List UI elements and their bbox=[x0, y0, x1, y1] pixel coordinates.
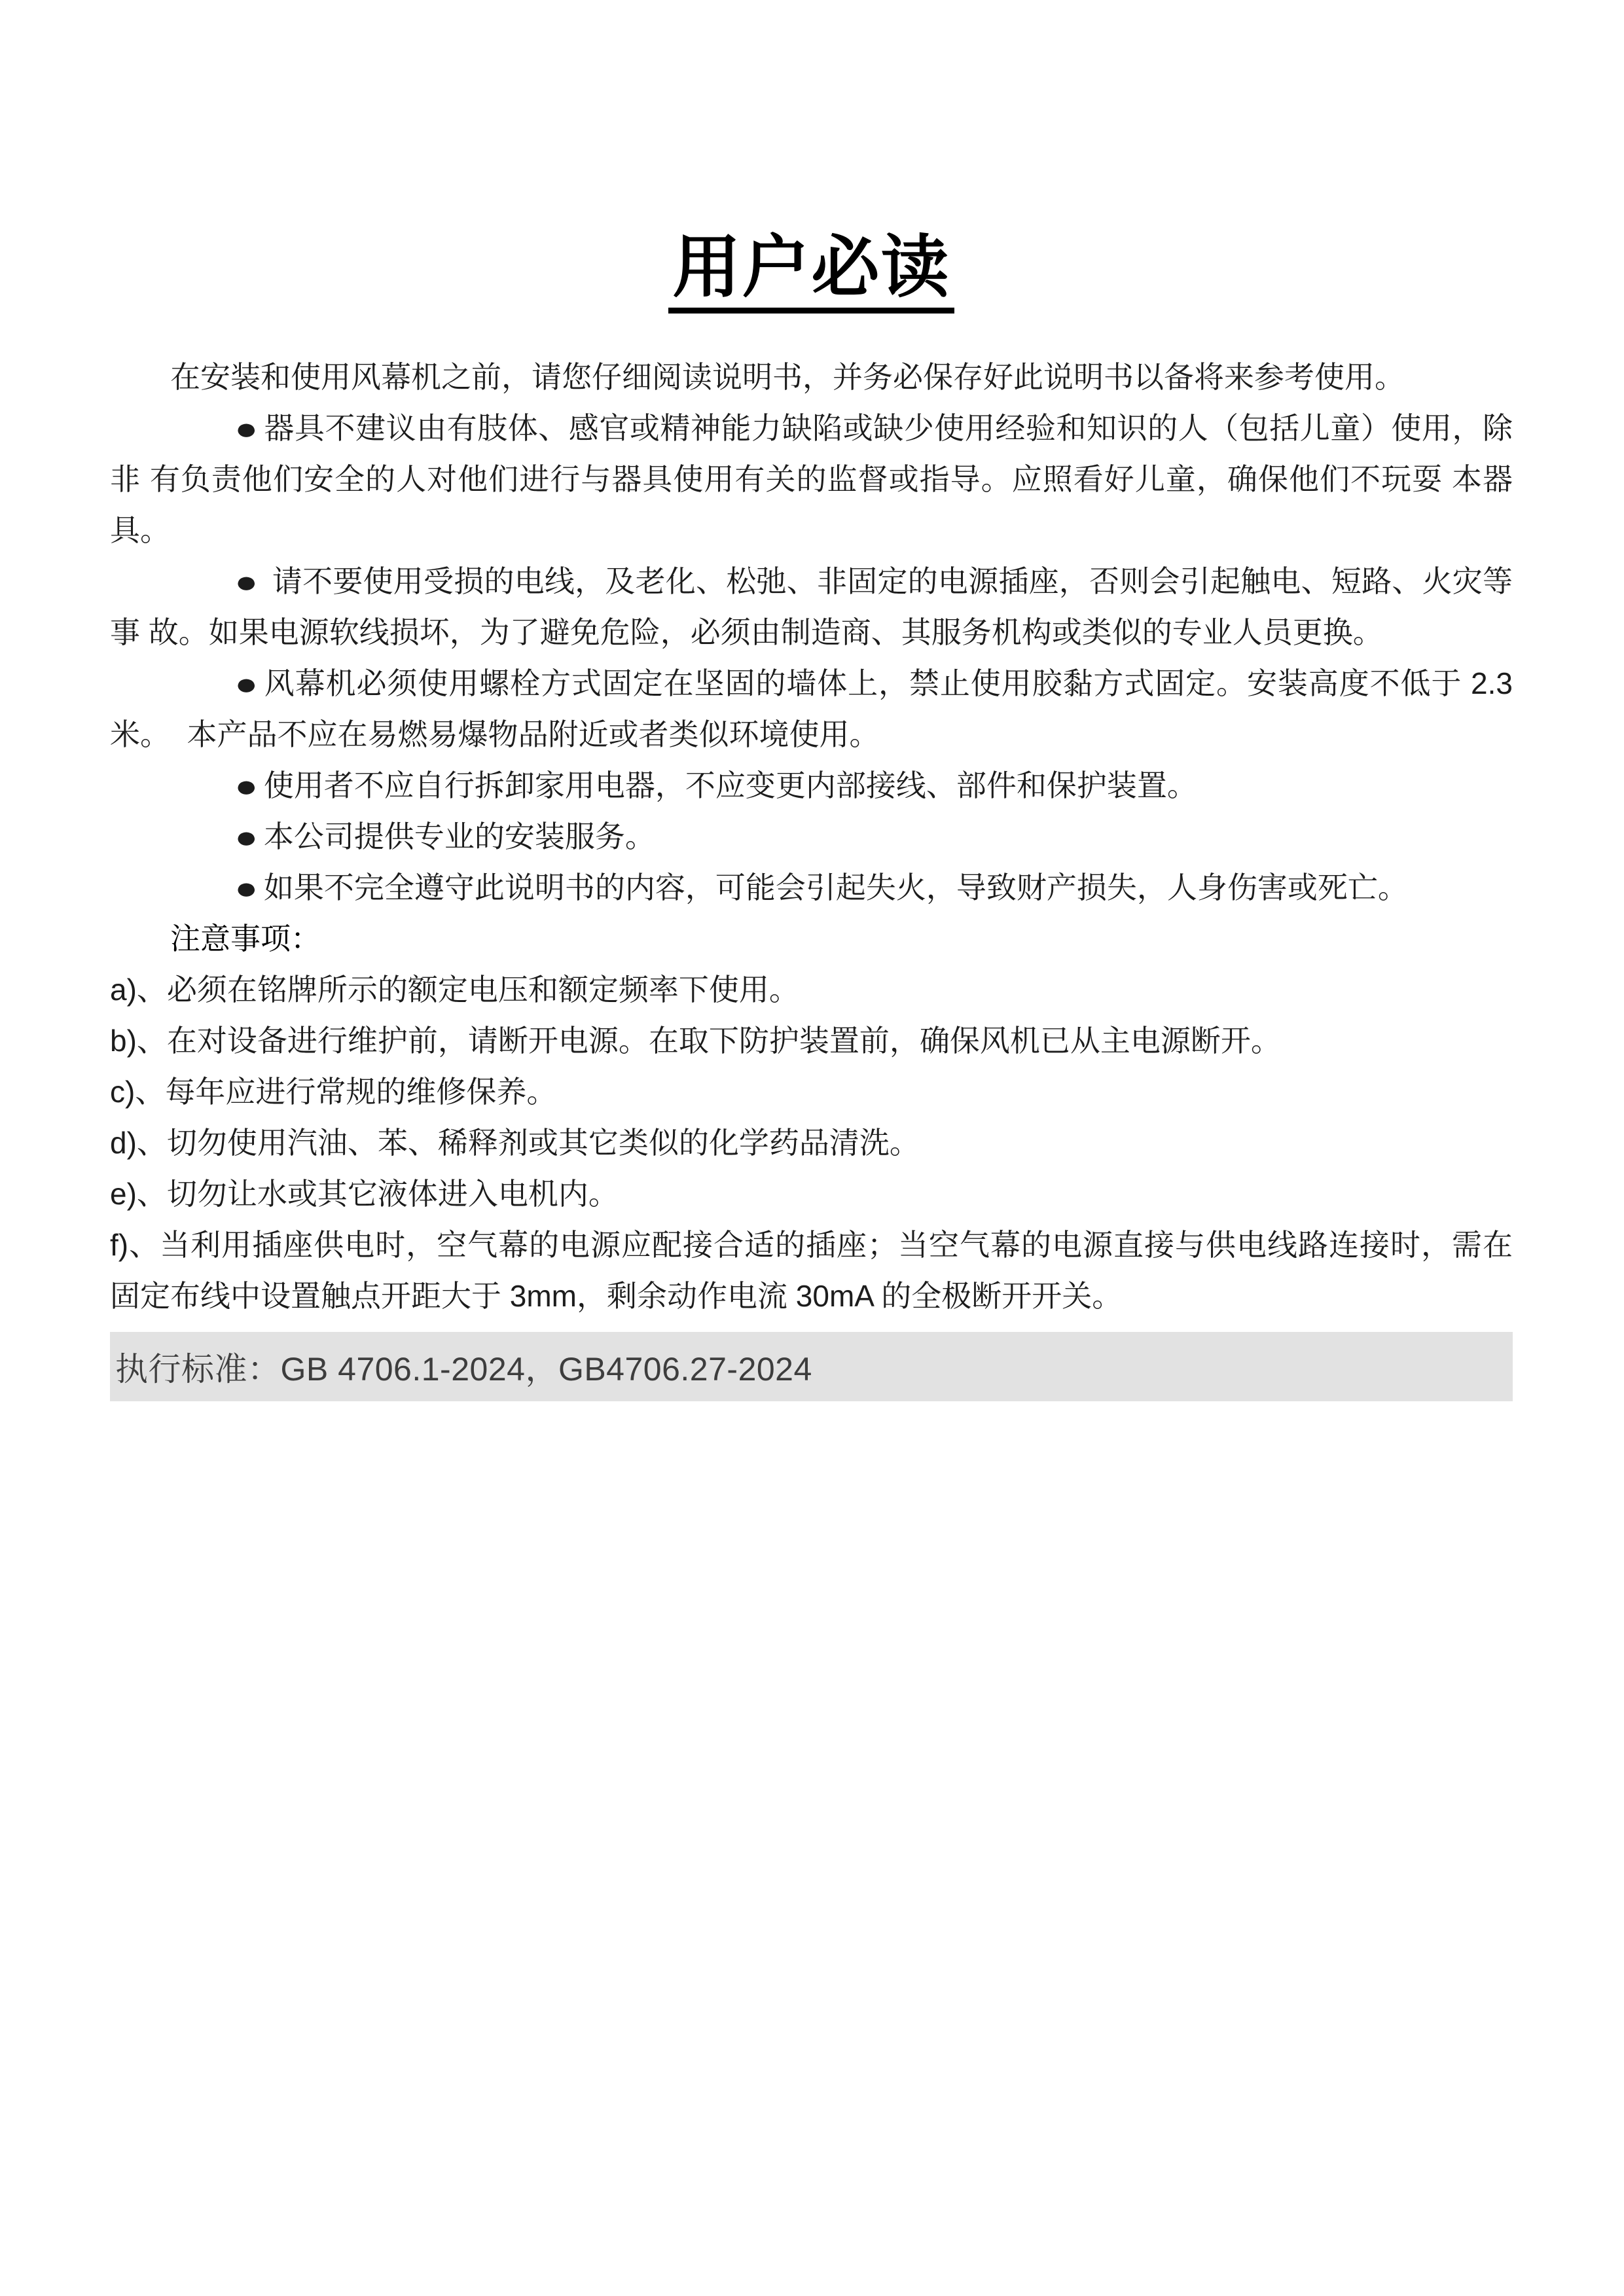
bullet-item-4: ●使用者不应自行拆卸家用电器，不应变更内部接线、部件和保护装置。 bbox=[110, 760, 1513, 811]
bullet-item-2: ● 请不要使用受损的电线，及老化、松弛、非固定的电源插座，否则会引起触电、短路、… bbox=[110, 556, 1513, 658]
notice-heading: 注意事项： bbox=[110, 913, 1513, 964]
bullet-item-1-text: 器具不建议由有肢体、感官或精神能力缺陷或缺少使用经验和知识的人（包括儿童）使用，… bbox=[110, 411, 1513, 547]
bullet-item-3: ●风幕机必须使用螺栓方式固定在坚固的墙体上，禁止使用胶黏方式固定。安装高度不低于… bbox=[110, 658, 1513, 760]
bullet-item-2-text: 请不要使用受损的电线，及老化、松弛、非固定的电源插座，否则会引起触电、短路、火灾… bbox=[110, 564, 1513, 649]
manual-page: 用户必读 在安装和使用风幕机之前，请您仔细阅读说明书，并务必保存好此说明书以备将… bbox=[0, 0, 1624, 2296]
notice-item-d: d)、切勿使用汽油、苯、稀释剂或其它类似的化学药品清洗。 bbox=[110, 1117, 1513, 1168]
notice-item-a: a)、必须在铭牌所示的额定电压和额定频率下使用。 bbox=[110, 964, 1513, 1015]
bullet-item-5: ●本公司提供专业的安装服务。 bbox=[110, 811, 1513, 862]
bullet-item-3-text: 风幕机必须使用螺栓方式固定在坚固的墙体上，禁止使用胶黏方式固定。安装高度不低于 … bbox=[110, 666, 1521, 751]
notice-item-e: e)、切勿让水或其它液体进入电机内。 bbox=[110, 1168, 1513, 1219]
bullet-icon: ● bbox=[162, 669, 258, 700]
bullet-icon: ● bbox=[162, 567, 258, 598]
bullet-icon: ● bbox=[162, 873, 258, 904]
notice-item-c: c)、每年应进行常规的维修保养。 bbox=[110, 1066, 1513, 1117]
notice-item-b: b)、在对设备进行维护前，请断开电源。在取下防护装置前，确保风机已从主电源断开。 bbox=[110, 1015, 1513, 1066]
bullet-item-6: ●如果不完全遵守此说明书的内容，可能会引起失火，导致财产损失，人身伤害或死亡。 bbox=[110, 862, 1513, 913]
bullet-item-4-text: 使用者不应自行拆卸家用电器，不应变更内部接线、部件和保护装置。 bbox=[264, 768, 1197, 802]
bullet-item-6-text: 如果不完全遵守此说明书的内容，可能会引起失火，导致财产损失，人身伤害或死亡。 bbox=[264, 870, 1408, 905]
bullet-item-1: ●器具不建议由有肢体、感官或精神能力缺陷或缺少使用经验和知识的人（包括儿童）使用… bbox=[110, 403, 1513, 556]
body-text: 在安装和使用风幕机之前，请您仔细阅读说明书，并务必保存好此说明书以备将来参考使用… bbox=[110, 351, 1513, 1321]
bullet-icon: ● bbox=[162, 822, 258, 853]
bullet-icon: ● bbox=[162, 771, 258, 802]
bullet-item-5-text: 本公司提供专业的安装服务。 bbox=[264, 819, 655, 853]
standard-bar: 执行标准：GB 4706.1-2024，GB4706.27-2024 bbox=[110, 1332, 1513, 1401]
page-title: 用户必读 bbox=[668, 232, 954, 314]
standard-text: 执行标准：GB 4706.1-2024，GB4706.27-2024 bbox=[115, 1343, 812, 1390]
intro-paragraph: 在安装和使用风幕机之前，请您仔细阅读说明书，并务必保存好此说明书以备将来参考使用… bbox=[110, 351, 1513, 403]
bullet-icon: ● bbox=[162, 414, 258, 444]
title-row: 用户必读 bbox=[110, 232, 1513, 314]
notice-item-f: f)、当利用插座供电时，空气幕的电源应配接合适的插座；当空气幕的电源直接与供电线… bbox=[110, 1219, 1513, 1321]
